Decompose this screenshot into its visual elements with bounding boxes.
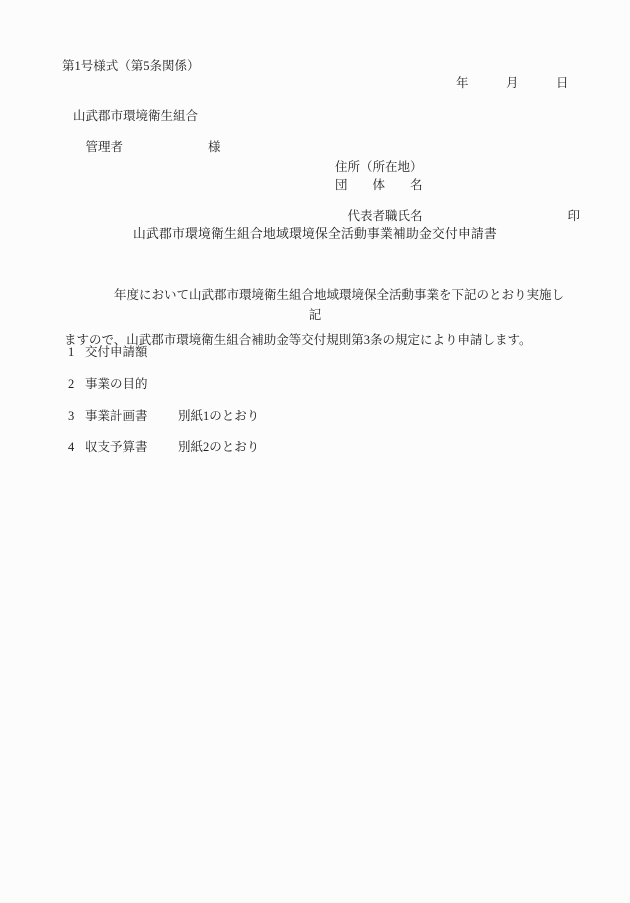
body-line: 年度において山武郡市環境衛生組合地域環境保全活動事業を下記のとおり実施し [64,287,584,305]
addressee-role: 管理者 [86,140,124,154]
addressee-organization: 山武郡市環境衛生組合 [73,110,198,124]
item-number: 3 [68,410,85,424]
item-number: 2 [68,378,85,392]
item-note: 別紙2のとおり [178,441,259,455]
form-number-label: 第1号様式（第5条関係） [62,60,200,74]
item-label: 事業の目的 [85,378,178,392]
list-item: 3 事業計画書 別紙1のとおり [68,410,259,424]
representative-label: 代表者職氏名 [348,209,423,223]
item-label: 交付申請額 [85,346,178,360]
item-number: 4 [68,441,85,455]
honorific-label: 様 [208,140,221,154]
list-item: 4 収支予算書 別紙2のとおり [68,441,259,455]
item-label: 収支予算書 [85,441,178,455]
seal-label: 印 [568,209,581,223]
item-number: 1 [68,346,85,360]
address-label: 住所（所在地） [335,161,423,175]
group-name-label: 団 体 名 [335,179,423,193]
item-note: 別紙1のとおり [178,410,259,424]
record-marker: 記 [0,309,630,323]
item-label: 事業計画書 [85,410,178,424]
document-page: 第1号様式（第5条関係） 年 月 日 山武郡市環境衛生組合 管理者様 住所（所在… [0,0,630,903]
list-item: 1 交付申請額 [68,346,178,360]
date-line: 年 月 日 [456,77,569,91]
addressee-role-row: 管理者様 [73,127,221,168]
list-item: 2 事業の目的 [68,378,178,392]
document-title: 山武郡市環境衛生組合地域環境保全活動事業補助金交付申請書 [0,227,630,241]
